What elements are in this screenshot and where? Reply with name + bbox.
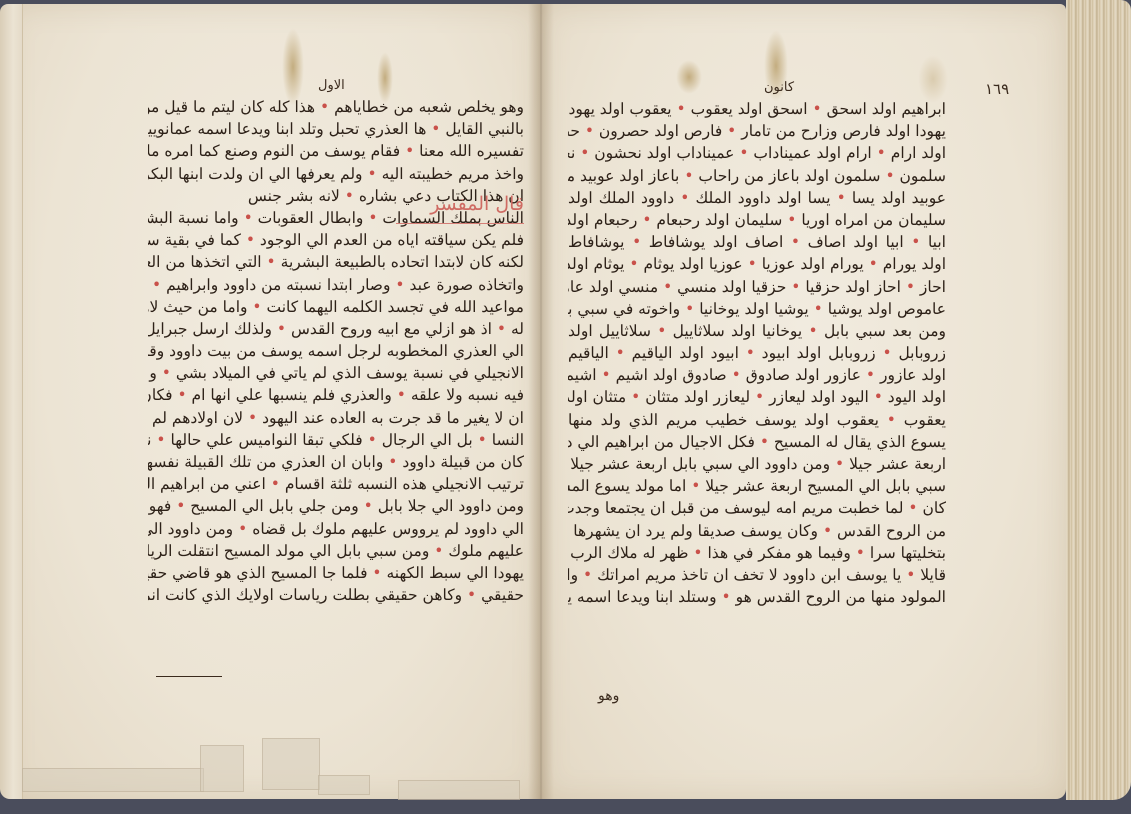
rubric-dot-icon: • xyxy=(663,278,672,296)
text-line: كان • لما خطبت مريم امه ليوسف من قبل ان … xyxy=(568,497,946,519)
rubric-dot-icon: • xyxy=(814,300,823,318)
text-line: ومن بعد سبي بابل • يوخانيا اولد سلاثاييل… xyxy=(568,320,946,342)
left-binding-edge xyxy=(0,4,23,799)
rubric-dot-icon: • xyxy=(684,167,693,185)
rubric-dot-icon: • xyxy=(813,100,822,118)
rubric-dot-icon: • xyxy=(395,276,404,294)
text-line: اربعة عشر جيلا • ومن داوود الي سبي بابل … xyxy=(568,453,946,475)
rubric-dot-icon: • xyxy=(632,233,641,251)
text-line: يهودا اولد فارص وزارح من تامار • فارص او… xyxy=(568,120,946,142)
text-line: عوبيد اولد يسا • يسا اولد داوود الملك • … xyxy=(568,187,946,209)
rubric-dot-icon: • xyxy=(809,322,818,340)
rubric-dot-icon: • xyxy=(162,364,171,382)
rubric-dot-icon: • xyxy=(657,322,666,340)
paper-repair xyxy=(200,745,244,792)
rubric-dot-icon: • xyxy=(252,298,261,316)
rubric-dot-icon: • xyxy=(866,366,875,384)
rubric-dot-icon: • xyxy=(869,255,878,273)
text-line: له • اذ هو ازلي مع ابيه وروح القدس • ولذ… xyxy=(148,318,524,340)
rubric-dot-icon: • xyxy=(583,566,592,584)
rubric-dot-icon: • xyxy=(748,255,757,273)
rubric-dot-icon: • xyxy=(246,231,255,249)
text-line: يعقوب • يعقوب اولد يوسف خطيب مريم الذي و… xyxy=(568,409,946,431)
text-line: عليهم ملوك • ومن سبي بابل الي مولد المسي… xyxy=(148,540,524,562)
rubric-dot-icon: • xyxy=(835,455,844,473)
rubric-dot-icon: • xyxy=(787,211,796,229)
rubric-dot-icon: • xyxy=(388,453,397,471)
rubric-dot-icon: • xyxy=(631,388,640,406)
underline-mark xyxy=(156,676,222,677)
text-line: تفسيره الله معنا • فقام يوسف من النوم وص… xyxy=(148,140,524,162)
rubric-dot-icon: • xyxy=(629,255,638,273)
text-line: واتخاذه صورة عبد • وصار ابتدا نسبته من د… xyxy=(148,274,524,296)
rubric-dot-icon: • xyxy=(760,433,769,451)
text-line: بالنبي القايل • ها العذري تحبل وتلد ابنا… xyxy=(148,118,524,140)
rubric-dot-icon: • xyxy=(405,142,414,160)
rubric-dot-icon: • xyxy=(156,431,165,449)
text-line: اولد عازور • عازور اولد صادوق • صادوق او… xyxy=(568,364,946,386)
text-line: ان لا يغير ما قد جرت به العاده عند اليهو… xyxy=(148,407,524,429)
text-line: مواعيد الله في تجسد الكلمه اليهما كانت •… xyxy=(148,296,524,318)
rubric-dot-icon: • xyxy=(277,320,286,338)
rubric-dot-icon: • xyxy=(642,211,651,229)
rubric-dot-icon: • xyxy=(906,566,915,584)
rubric-dot-icon: • xyxy=(177,386,186,404)
rubric-dot-icon: • xyxy=(602,366,611,384)
text-line: اولد يورام • يورام اولد عوزيا • عوزيا او… xyxy=(568,253,946,275)
rubric-dot-icon: • xyxy=(911,233,920,251)
text-line: سليمان من امراه اوريا • سليمان اولد رحبع… xyxy=(568,209,946,231)
rubric-dot-icon: • xyxy=(755,388,764,406)
rubric-dot-icon: • xyxy=(397,386,406,404)
text-line: فيه نسبه ولا علقه • والعذري فلم ينسبها ع… xyxy=(148,384,524,406)
rubric-dot-icon: • xyxy=(887,411,896,429)
rubric-dot-icon: • xyxy=(882,344,891,362)
text-line: اولد ارام • ارام اولد عميناداب • عمينادا… xyxy=(568,142,946,164)
water-stain xyxy=(918,55,948,103)
rubric-dot-icon: • xyxy=(345,187,354,205)
rubric-dot-icon: • xyxy=(478,431,487,449)
rubric-dot-icon: • xyxy=(746,344,755,362)
rubric-dot-icon: • xyxy=(497,320,506,338)
rubric-dot-icon: • xyxy=(372,564,381,582)
rubric-dot-icon: • xyxy=(244,209,253,227)
text-line: سبي بابل الي المسيح اربعة عشر جيلا • اما… xyxy=(568,475,946,497)
paper-repair xyxy=(262,738,320,790)
text-line: حقيقي • وكاهن حقيقي بطلت رياسات اولايك ا… xyxy=(148,584,524,606)
text-line: عاموص اولد يوشيا • يوشيا اولد يوخانيا • … xyxy=(568,298,946,320)
rubric-dot-icon: • xyxy=(732,366,741,384)
rubric-dot-icon: • xyxy=(691,477,700,495)
text-line: يسوع الذي يقال له المسيح • فكل الاجيال م… xyxy=(568,431,946,453)
rubric-dot-icon: • xyxy=(152,276,161,294)
rubric-dot-icon: • xyxy=(856,544,865,562)
right-running-header: كانون xyxy=(764,80,794,95)
folio-number: ١٦٩ xyxy=(985,80,1009,98)
rubric-dot-icon: • xyxy=(271,475,280,493)
water-stain xyxy=(676,60,702,94)
paper-repair xyxy=(318,775,370,795)
fore-edge-page-stack xyxy=(1066,0,1131,800)
rubric-dot-icon: • xyxy=(434,542,443,560)
text-line: الانجيلي في نسبة يوسف الذي لم ياتي في ال… xyxy=(148,362,524,384)
rubric-dot-icon: • xyxy=(431,120,440,138)
text-line: احاز • احاز اولد حزقيا • حزقيا اولد منسي… xyxy=(568,276,946,298)
rubric-dot-icon: • xyxy=(874,388,883,406)
rubric-dot-icon: • xyxy=(364,497,373,515)
rubric-dot-icon: • xyxy=(248,409,257,427)
rubric-dot-icon: • xyxy=(685,300,694,318)
text-line: من الروح القدس • وكان يوسف صديقا ولم يرد… xyxy=(568,520,946,542)
rubric-dot-icon: • xyxy=(176,497,185,515)
rubric-heading: قال المفسر xyxy=(396,193,524,224)
rubric-dot-icon: • xyxy=(885,167,894,185)
left-running-header: الاول xyxy=(318,78,345,93)
rubric-dot-icon: • xyxy=(877,144,886,162)
water-stain xyxy=(282,28,304,106)
rubric-dot-icon: • xyxy=(580,144,589,162)
text-line: ومن داوود الي جلا بابل • ومن جلي بابل ال… xyxy=(148,495,524,517)
rubric-dot-icon: • xyxy=(367,165,376,183)
catchword: وهو xyxy=(598,688,619,704)
rubric-dot-icon: • xyxy=(585,122,594,140)
rubric-dot-icon: • xyxy=(727,122,736,140)
text-line: يهودا الي سبط الكهنه • فلما جا المسيح ال… xyxy=(148,562,524,584)
rubric-dot-icon: • xyxy=(722,588,731,606)
rubric-dot-icon: • xyxy=(837,189,846,207)
rubric-dot-icon: • xyxy=(467,586,476,604)
text-line: ابراهيم اولد اسحق • اسحق اولد يعقوب • يع… xyxy=(568,98,946,120)
left-page-text: وهو يخلص شعبه من خطاياهم • هذا كله كان ل… xyxy=(148,96,524,606)
rubric-dot-icon: • xyxy=(368,431,377,449)
rubric-dot-icon: • xyxy=(677,100,686,118)
rubric-dot-icon: • xyxy=(791,278,800,296)
text-line: قايلا • يا يوسف ابن داوود لا تخف ان تاخذ… xyxy=(568,564,946,586)
gutter-fold xyxy=(528,4,554,799)
text-line: واخذ مريم خطيبته اليه • ولم يعرفها الي ا… xyxy=(148,163,524,185)
paper-repair xyxy=(22,768,204,792)
right-page-text: ابراهيم اولد اسحق • اسحق اولد يعقوب • يع… xyxy=(568,98,946,608)
rubric-dot-icon: • xyxy=(908,499,917,517)
text-line: الي داوود لم يرووس عليهم ملوك بل قضاه • … xyxy=(148,518,524,540)
rubric-dot-icon: • xyxy=(368,209,377,227)
rubric-dot-icon: • xyxy=(238,520,247,538)
text-line: كان من قبيلة داوود • وابان ان العذري من … xyxy=(148,451,524,473)
text-line: المولود منها من الروح القدس هو • وستلد ا… xyxy=(568,586,946,608)
text-line: زروبابل • زروبابل اولد ابيود • ابيود اول… xyxy=(568,342,946,364)
rubric-dot-icon: • xyxy=(267,253,276,271)
rubric-dot-icon: • xyxy=(680,189,689,207)
rubric-dot-icon: • xyxy=(823,522,832,540)
text-line: النسا • بل الي الرجال • فلكي تبقا النوام… xyxy=(148,429,524,451)
rubric-dot-icon: • xyxy=(320,98,329,116)
rubric-dot-icon: • xyxy=(739,144,748,162)
text-line: فلم يكن سياقته اياه من العدم الي الوجود … xyxy=(148,229,524,251)
text-line: بتخليتها سرا • وفيما هو مفكر في هذا • ظه… xyxy=(568,542,946,564)
rubric-dot-icon: • xyxy=(906,278,915,296)
open-manuscript: الاول كانون ١٦٩ وهو يخلص شعبه من خطاياهم… xyxy=(0,0,1131,806)
text-line: وهو يخلص شعبه من خطاياهم • هذا كله كان ل… xyxy=(148,96,524,118)
text-line: اولد اليود • اليود اولد ليعازر • ليعازر … xyxy=(568,386,946,408)
rubric-dot-icon: • xyxy=(693,544,702,562)
text-line: ابيا • ابيا اولد اصاف • اصاف اولد يوشافا… xyxy=(568,231,946,253)
text-line: لكنه كان لابتدا اتحاده بالطبيعة البشرية … xyxy=(148,251,524,273)
text-line: الي العذري المخطوبه لرجل اسمه يوسف من بي… xyxy=(148,340,524,362)
paper-repair xyxy=(398,780,520,800)
rubric-dot-icon: • xyxy=(616,344,625,362)
rubric-dot-icon: • xyxy=(791,233,800,251)
text-line: ترتيب الانجيلي هذه النسبه ثلثة اقسام • ا… xyxy=(148,473,524,495)
text-line: سلمون • سلمون اولد باعاز من راحاب • باعا… xyxy=(568,165,946,187)
